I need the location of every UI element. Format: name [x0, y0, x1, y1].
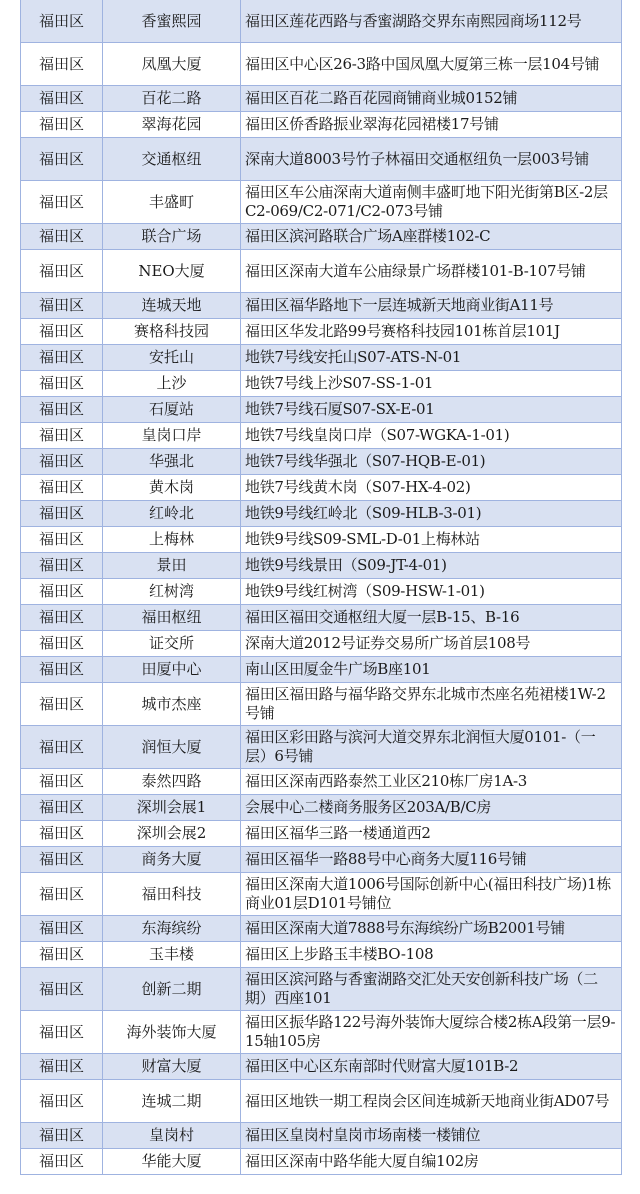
- store-name-cell: 香蜜熙园: [103, 0, 241, 43]
- address-cell: 福田区福华路地下一层连城新天地商业街A11号: [241, 293, 622, 319]
- district-cell: 福田区: [21, 0, 103, 43]
- store-name-cell: 景田: [103, 553, 241, 579]
- table-row: 福田区 红树湾 地铁9号线红树湾（S09-HSW-1-01): [21, 579, 622, 605]
- table-row: 福田区 海外装饰大厦 福田区振华路122号海外装饰大厦综合楼2栋A段第一层9-1…: [21, 1011, 622, 1054]
- district-cell: 福田区: [21, 821, 103, 847]
- address-cell: 福田区地铁一期工程岗会区间连城新天地商业街AD07号: [241, 1080, 622, 1123]
- store-name-cell: NEO大厦: [103, 250, 241, 293]
- address-cell: 深南大道8003号竹子林福田交通枢纽负一层003号铺: [241, 138, 622, 181]
- district-cell: 福田区: [21, 683, 103, 726]
- table-row: 福田区 石厦站 地铁7号线石厦S07-SX-E-01: [21, 397, 622, 423]
- table-row: 福田区 东海缤纷 福田区深南大道7888号东海缤纷广场B2001号铺: [21, 916, 622, 942]
- district-cell: 福田区: [21, 475, 103, 501]
- store-name-cell: 深圳会展1: [103, 795, 241, 821]
- district-cell: 福田区: [21, 726, 103, 769]
- address-cell: 福田区莲花西路与香蜜湖路交界东南熙园商场112号: [241, 0, 622, 43]
- address-cell: 福田区侨香路振业翠海花园裙楼17号铺: [241, 112, 622, 138]
- district-cell: 福田区: [21, 968, 103, 1011]
- table-row: 福田区 华强北 地铁7号线华强北（S07-HQB-E-01): [21, 449, 622, 475]
- store-name-cell: 福田枢纽: [103, 605, 241, 631]
- district-cell: 福田区: [21, 942, 103, 968]
- district-cell: 福田区: [21, 769, 103, 795]
- address-cell: 福田区福田交通枢纽大厦一层B-15、B-16: [241, 605, 622, 631]
- district-cell: 福田区: [21, 345, 103, 371]
- store-name-cell: 丰盛町: [103, 181, 241, 224]
- store-name-cell: 城市杰座: [103, 683, 241, 726]
- district-cell: 福田区: [21, 1011, 103, 1054]
- store-name-cell: 证交所: [103, 631, 241, 657]
- table-row: 福田区 财富大厦 福田区中心区东南部时代财富大厦101B-2: [21, 1054, 622, 1080]
- table-row: 福田区 城市杰座 福田区福田路与福华路交界东北城市杰座名苑裙楼1W-2号铺: [21, 683, 622, 726]
- store-name-cell: 红岭北: [103, 501, 241, 527]
- store-name-cell: 凤凰大厦: [103, 43, 241, 86]
- table-row: 福田区 华能大厦 福田区深南中路华能大厦自编102房: [21, 1149, 622, 1175]
- table-row: 福田区 玉丰楼 福田区上步路玉丰楼BO-108: [21, 942, 622, 968]
- address-cell: 福田区滨河路与香蜜湖路交汇处天安创新科技广场（二期）西座101: [241, 968, 622, 1011]
- district-cell: 福田区: [21, 605, 103, 631]
- table-row: 福田区 商务大厦 福田区福华一路88号中心商务大厦116号铺: [21, 847, 622, 873]
- address-cell: 福田区深南大道1006号国际创新中心(福田科技广场)1栋商业01层D101号铺位: [241, 873, 622, 916]
- district-cell: 福田区: [21, 1123, 103, 1149]
- address-cell: 地铁9号线红树湾（S09-HSW-1-01): [241, 579, 622, 605]
- address-cell: 福田区福田路与福华路交界东北城市杰座名苑裙楼1W-2号铺: [241, 683, 622, 726]
- store-name-cell: 上梅林: [103, 527, 241, 553]
- table-row: 福田区 皇岗村 福田区皇岗村皇岗市场南楼一楼铺位: [21, 1123, 622, 1149]
- address-cell: 福田区皇岗村皇岗市场南楼一楼铺位: [241, 1123, 622, 1149]
- store-name-cell: 华能大厦: [103, 1149, 241, 1175]
- table-row: 福田区 上梅林 地铁9号线S09-SML-D-01上梅林站: [21, 527, 622, 553]
- table-row: 福田区 赛格科技园 福田区华发北路99号赛格科技园101栋首层101J: [21, 319, 622, 345]
- table-row: 福田区 深圳会展1 会展中心二楼商务服务区203A/B/C房: [21, 795, 622, 821]
- address-cell: 福田区滨河路联合广场A座群楼102-C: [241, 224, 622, 250]
- store-name-cell: 安托山: [103, 345, 241, 371]
- district-cell: 福田区: [21, 250, 103, 293]
- table-row: 福田区 安托山 地铁7号线安托山S07-ATS-N-01: [21, 345, 622, 371]
- table-row: 福田区 联合广场 福田区滨河路联合广场A座群楼102-C: [21, 224, 622, 250]
- table-row: 福田区 景田 地铁9号线景田（S09-JT-4-01): [21, 553, 622, 579]
- address-cell: 福田区上步路玉丰楼BO-108: [241, 942, 622, 968]
- address-cell: 福田区百花二路百花园商铺商业城0152铺: [241, 86, 622, 112]
- address-cell: 地铁9号线景田（S09-JT-4-01): [241, 553, 622, 579]
- district-cell: 福田区: [21, 423, 103, 449]
- store-name-cell: 泰然四路: [103, 769, 241, 795]
- store-name-cell: 东海缤纷: [103, 916, 241, 942]
- address-cell: 地铁7号线安托山S07-ATS-N-01: [241, 345, 622, 371]
- district-cell: 福田区: [21, 371, 103, 397]
- store-name-cell: 深圳会展2: [103, 821, 241, 847]
- table-row: 福田区 香蜜熙园 福田区莲花西路与香蜜湖路交界东南熙园商场112号: [21, 0, 622, 43]
- district-cell: 福田区: [21, 397, 103, 423]
- address-cell: 地铁7号线石厦S07-SX-E-01: [241, 397, 622, 423]
- district-cell: 福田区: [21, 112, 103, 138]
- store-name-cell: 百花二路: [103, 86, 241, 112]
- district-cell: 福田区: [21, 501, 103, 527]
- table-row: 福田区 证交所 深南大道2012号证券交易所广场首层108号: [21, 631, 622, 657]
- district-cell: 福田区: [21, 916, 103, 942]
- store-name-cell: 皇岗口岸: [103, 423, 241, 449]
- store-name-cell: 连城天地: [103, 293, 241, 319]
- address-cell: 福田区华发北路99号赛格科技园101栋首层101J: [241, 319, 622, 345]
- table-row: 福田区 泰然四路 福田区深南西路泰然工业区210栋厂房1A-3: [21, 769, 622, 795]
- district-cell: 福田区: [21, 449, 103, 475]
- district-cell: 福田区: [21, 293, 103, 319]
- store-name-cell: 财富大厦: [103, 1054, 241, 1080]
- district-cell: 福田区: [21, 1054, 103, 1080]
- table-row: 福田区 黄木岗 地铁7号线黄木岗（S07-HX-4-02): [21, 475, 622, 501]
- store-name-cell: 翠海花园: [103, 112, 241, 138]
- district-cell: 福田区: [21, 847, 103, 873]
- district-cell: 福田区: [21, 224, 103, 250]
- store-name-cell: 石厦站: [103, 397, 241, 423]
- store-name-cell: 上沙: [103, 371, 241, 397]
- store-name-cell: 黄木岗: [103, 475, 241, 501]
- store-name-cell: 玉丰楼: [103, 942, 241, 968]
- store-address-table: 福田区 香蜜熙园 福田区莲花西路与香蜜湖路交界东南熙园商场112号 福田区 凤凰…: [20, 0, 622, 1175]
- address-cell: 福田区福华三路一楼通道西2: [241, 821, 622, 847]
- district-cell: 福田区: [21, 138, 103, 181]
- store-name-cell: 海外装饰大厦: [103, 1011, 241, 1054]
- store-name-cell: 赛格科技园: [103, 319, 241, 345]
- table-row: 福田区 创新二期 福田区滨河路与香蜜湖路交汇处天安创新科技广场（二期）西座101: [21, 968, 622, 1011]
- store-name-cell: 商务大厦: [103, 847, 241, 873]
- address-cell: 福田区振华路122号海外装饰大厦综合楼2栋A段第一层9-15轴105房: [241, 1011, 622, 1054]
- address-cell: 地铁7号线黄木岗（S07-HX-4-02): [241, 475, 622, 501]
- store-name-cell: 华强北: [103, 449, 241, 475]
- district-cell: 福田区: [21, 86, 103, 112]
- district-cell: 福田区: [21, 657, 103, 683]
- address-cell: 福田区福华一路88号中心商务大厦116号铺: [241, 847, 622, 873]
- address-cell: 福田区深南中路华能大厦自编102房: [241, 1149, 622, 1175]
- address-cell: 福田区中心区26-3路中国凤凰大厦第三栋一层104号铺: [241, 43, 622, 86]
- store-name-cell: 田厦中心: [103, 657, 241, 683]
- district-cell: 福田区: [21, 527, 103, 553]
- table-row: 福田区 福田科技 福田区深南大道1006号国际创新中心(福田科技广场)1栋商业0…: [21, 873, 622, 916]
- table-row: 福田区 红岭北 地铁9号线红岭北（S09-HLB-3-01): [21, 501, 622, 527]
- store-name-cell: 交通枢纽: [103, 138, 241, 181]
- address-cell: 地铁7号线上沙S07-SS-1-01: [241, 371, 622, 397]
- table-row: 福田区 丰盛町 福田区车公庙深南大道南侧丰盛町地下阳光街第B区-2层C2-069…: [21, 181, 622, 224]
- store-name-cell: 红树湾: [103, 579, 241, 605]
- address-cell: 地铁7号线皇岗口岸（S07-WGKA-1-01): [241, 423, 622, 449]
- table-row: 福田区 上沙 地铁7号线上沙S07-SS-1-01: [21, 371, 622, 397]
- address-cell: 会展中心二楼商务服务区203A/B/C房: [241, 795, 622, 821]
- table-row: 福田区 交通枢纽 深南大道8003号竹子林福田交通枢纽负一层003号铺: [21, 138, 622, 181]
- address-cell: 福田区车公庙深南大道南侧丰盛町地下阳光街第B区-2层C2-069/C2-071/…: [241, 181, 622, 224]
- table-row: 福田区 深圳会展2 福田区福华三路一楼通道西2: [21, 821, 622, 847]
- table-row: 福田区 连城二期 福田区地铁一期工程岗会区间连城新天地商业街AD07号: [21, 1080, 622, 1123]
- store-name-cell: 皇岗村: [103, 1123, 241, 1149]
- district-cell: 福田区: [21, 579, 103, 605]
- district-cell: 福田区: [21, 43, 103, 86]
- district-cell: 福田区: [21, 553, 103, 579]
- store-name-cell: 润恒大厦: [103, 726, 241, 769]
- table-row: 福田区 百花二路 福田区百花二路百花园商铺商业城0152铺: [21, 86, 622, 112]
- table-row: 福田区 NEO大厦 福田区深南大道车公庙绿景广场群楼101-B-107号铺: [21, 250, 622, 293]
- district-cell: 福田区: [21, 319, 103, 345]
- store-name-cell: 创新二期: [103, 968, 241, 1011]
- address-cell: 深南大道2012号证券交易所广场首层108号: [241, 631, 622, 657]
- district-cell: 福田区: [21, 631, 103, 657]
- address-cell: 福田区中心区东南部时代财富大厦101B-2: [241, 1054, 622, 1080]
- address-cell: 福田区彩田路与滨河大道交界东北润恒大厦0101-（一层）6号铺: [241, 726, 622, 769]
- store-name-cell: 连城二期: [103, 1080, 241, 1123]
- store-name-cell: 联合广场: [103, 224, 241, 250]
- address-cell: 地铁9号线红岭北（S09-HLB-3-01): [241, 501, 622, 527]
- address-cell: 福田区深南大道7888号东海缤纷广场B2001号铺: [241, 916, 622, 942]
- district-cell: 福田区: [21, 181, 103, 224]
- store-name-cell: 福田科技: [103, 873, 241, 916]
- district-cell: 福田区: [21, 1149, 103, 1175]
- district-cell: 福田区: [21, 795, 103, 821]
- table-row: 福田区 润恒大厦 福田区彩田路与滨河大道交界东北润恒大厦0101-（一层）6号铺: [21, 726, 622, 769]
- table-row: 福田区 皇岗口岸 地铁7号线皇岗口岸（S07-WGKA-1-01): [21, 423, 622, 449]
- table-row: 福田区 福田枢纽 福田区福田交通枢纽大厦一层B-15、B-16: [21, 605, 622, 631]
- address-cell: 地铁9号线S09-SML-D-01上梅林站: [241, 527, 622, 553]
- table-body: 福田区 香蜜熙园 福田区莲花西路与香蜜湖路交界东南熙园商场112号 福田区 凤凰…: [21, 0, 622, 1175]
- address-cell: 地铁7号线华强北（S07-HQB-E-01): [241, 449, 622, 475]
- district-cell: 福田区: [21, 873, 103, 916]
- address-cell: 南山区田厦金牛广场B座101: [241, 657, 622, 683]
- address-cell: 福田区深南大道车公庙绿景广场群楼101-B-107号铺: [241, 250, 622, 293]
- table-row: 福田区 田厦中心 南山区田厦金牛广场B座101: [21, 657, 622, 683]
- table-row: 福田区 翠海花园 福田区侨香路振业翠海花园裙楼17号铺: [21, 112, 622, 138]
- table-row: 福田区 凤凰大厦 福田区中心区26-3路中国凤凰大厦第三栋一层104号铺: [21, 43, 622, 86]
- table-row: 福田区 连城天地 福田区福华路地下一层连城新天地商业街A11号: [21, 293, 622, 319]
- district-cell: 福田区: [21, 1080, 103, 1123]
- address-cell: 福田区深南西路泰然工业区210栋厂房1A-3: [241, 769, 622, 795]
